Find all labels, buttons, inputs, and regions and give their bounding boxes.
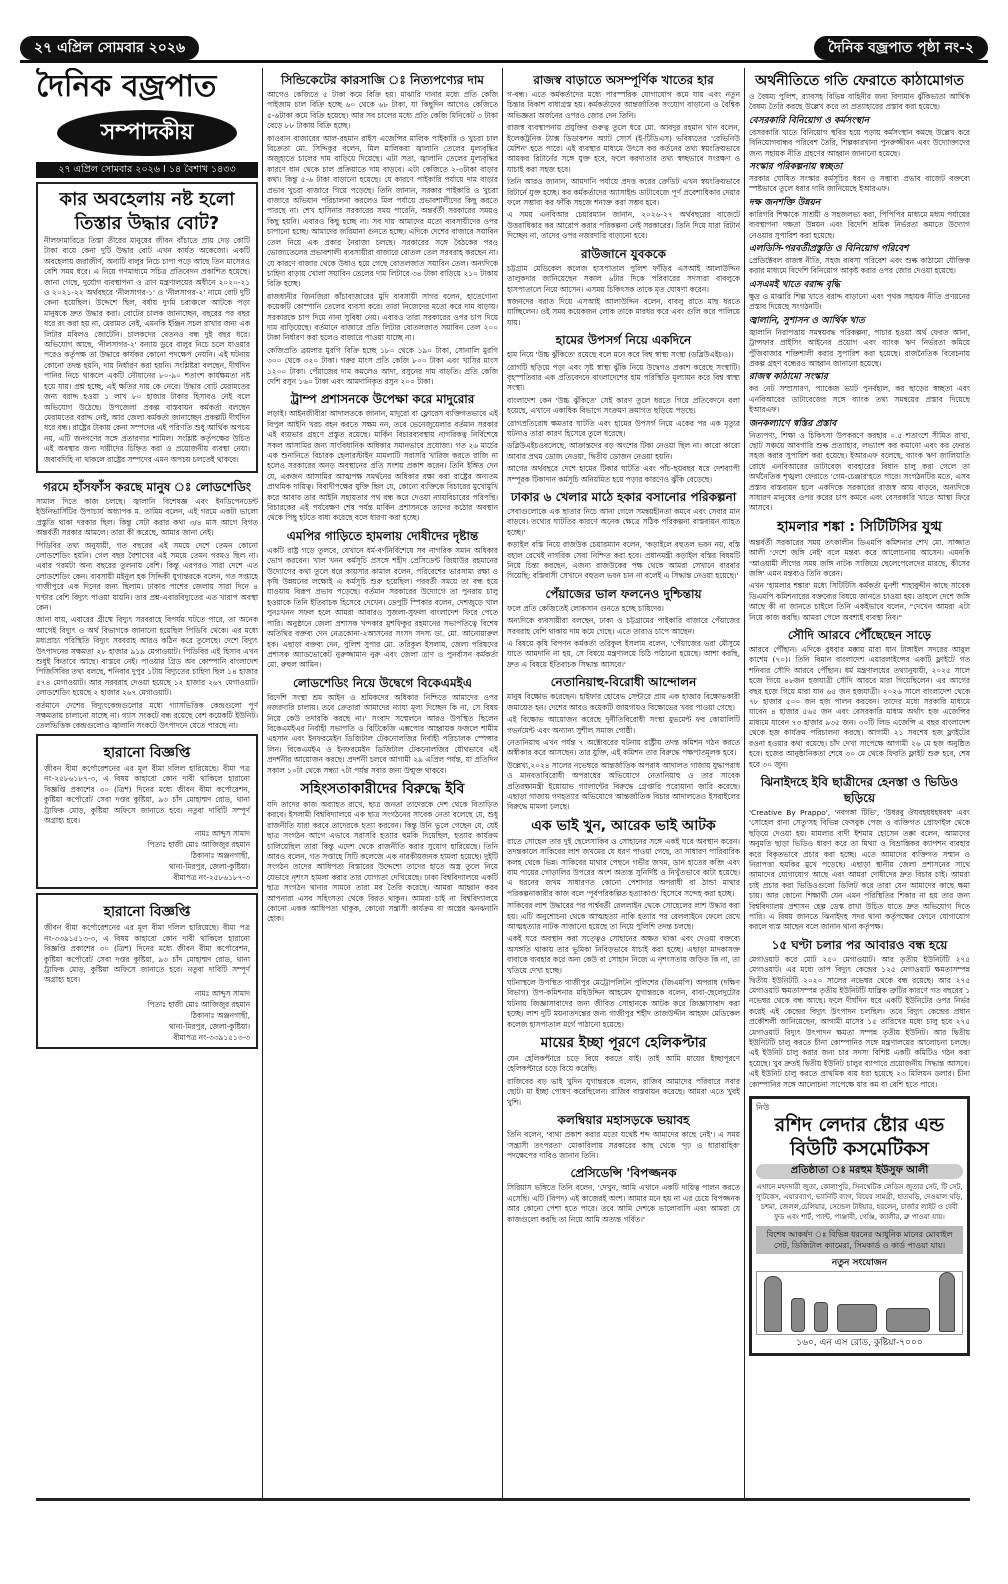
- sig-line: পিতাঃ হাজী মোঃ আজিজুর রহমান: [44, 999, 250, 1010]
- article-paragraph: বর্তমানে দেশের বিদ্যুৎকেন্দ্রগুলোর মধ্যে…: [36, 701, 258, 732]
- article-paragraph: কারিগরি শিক্ষাকে সাশ্রয়ী ও সহজলভ্য করা,…: [749, 210, 970, 241]
- article: ঝিনাইদহে ইবি ছাত্রীদের হেনস্তা ও ভিডিও ছ…: [749, 774, 970, 933]
- article-paragraph: আগেও কেজিতে ৫ টাকা কমে বিক্রি হয়। মাঝার…: [267, 90, 498, 132]
- article: সৌদি আরবে পৌঁছেছেন সাড়ে আরবে পৌঁছান। এদ…: [749, 627, 970, 770]
- article-paragraph: লড়াই। আইনজীবীরা আদালতকে জানান, মাদুরো ব…: [267, 409, 498, 523]
- sig-line: বীমাপত্র নং-৩৩৯১৫১৩-৩: [44, 1032, 250, 1043]
- notice-body: জীবন বীমা কর্পোরেশনের এর মূল বীমা দলিল হ…: [44, 764, 250, 826]
- sig-line: থানা-মিরপুর, জেলা-কুষ্টিয়া।: [44, 861, 250, 872]
- article: এমপির গাড়িতে হামলায় দোষীদের দৃষ্টান্ত …: [267, 528, 498, 671]
- mobile-phone-icon: [791, 1298, 805, 1332]
- ad-special: বিশেষ আকর্ষণ ঃ বিভিন্ন ধরনের আধুনিক মানে…: [756, 1226, 963, 1254]
- sig-line: ঠিকানাঃ অঞ্জনগাছী,: [44, 1010, 250, 1021]
- article-paragraph: বিদেশি সংস্থা শ্রম আইন ও শ্রমিকদের অধিকা…: [267, 693, 498, 776]
- article-loadshedding: গরমে হাঁসফাঁস করছে মানুষ ঃ লোডশেডিং সামা…: [36, 479, 258, 732]
- article-paragraph: পিডিবির তথ্য অনুযায়ী, গত বছরের এই সময়ে…: [36, 541, 258, 614]
- notice-title: হারানো বিজ্ঞপ্তি: [44, 903, 250, 921]
- article-headline: ঢাকার ৬ খেলার মাঠে হকার বসানোর পরিকল্পনা: [507, 489, 740, 505]
- article-paragraph: প্রেডিক্টেবল রাজস্ব নীতি, সহজ ব্যবসা পরি…: [749, 256, 970, 277]
- article-paragraph: স্বজনদের বরাত দিয়ে এসআই আলাউদ্দিন বলেন,…: [507, 297, 740, 328]
- person-figure-icon: [764, 1276, 782, 1332]
- camera-icon: [837, 1304, 877, 1332]
- article-paragraph: রোগটি ছড়িয়ে পড়া এবং সৃষ্ট স্বাস্থ্য ঝ…: [507, 363, 740, 394]
- article: পেঁয়াজের ভাল ফলনেও দুশ্চিন্তায় ফলে প্র…: [507, 586, 740, 670]
- article-paragraph: যদি তাদের কাজ অব্যাহত রাখে, ছাত্র জনতা ত…: [267, 800, 498, 925]
- article-paragraph: যেন হেলিকপ্টারে চড়ে বিয়ে করতে যাই। তাই…: [507, 1054, 740, 1075]
- article-paragraph: এ বিষয়ে কৃষি বিপণন কর্মকর্তা তরিকুল ইসল…: [507, 639, 740, 670]
- article-paragraph: বাংলাদেশ কেন 'উচ্চ ঝুঁকিতে' সেই কারণ তুল…: [507, 396, 740, 417]
- article-headline: রাজস্ব বাড়াতে অসম্পূর্ণিক খাতের হার: [507, 72, 740, 88]
- article-headline: ঝিনাইদহে ইবি ছাত্রীদের হেনস্তা ও ভিডিও ছ…: [749, 774, 970, 806]
- article-headline: এমপির গাড়িতে হামলায় দোষীদের দৃষ্টান্ত: [267, 528, 498, 544]
- article-paragraph: অন্যদিকে ব্যবসায়ীরা বলছেন, ঢাকা ও চট্টগ…: [507, 616, 740, 637]
- article-paragraph: ক্ষুদ্র ও মাঝারি শিল্প খাতে বরাদ্দ বাড়া…: [749, 292, 970, 313]
- article: ১৫ ঘণ্টা চলার পর আবারও বন্ধ হয়ে মেগাওয়…: [749, 937, 970, 1090]
- ad-new-addition: নতুন সংযোজন: [756, 1258, 963, 1268]
- ad-shop-name: রশিদ লেদার ষ্টোর এন্ড: [756, 1113, 963, 1137]
- article-paragraph: এ সময় এনবিআর চেয়ারম্যান জানান, ২০২৬-২৭…: [507, 210, 740, 241]
- article-paragraph: ফলে প্রতি কেজিতেই লোকসান গুনতে হচ্ছে চাষ…: [507, 604, 740, 614]
- article-paragraph: রাজিবের বড় ভাই খুদিন যুগান্তরকে বলেন, র…: [507, 1077, 740, 1108]
- article-paragraph: সিরিয়াস ভঙ্গিতে তিনি বলেন, 'দেখুন, আমি …: [507, 1183, 740, 1225]
- article-paragraph: নিত্যপণ্য, শিক্ষা ও চিকিৎসা উপকরণে করহার…: [749, 431, 970, 514]
- shop-advertisement: নিউ রশিদ লেদার ষ্টোর এন্ড বিউটি কসমেটিকস…: [749, 1096, 970, 1356]
- article-paragraph: মেগাওয়াট করে মোট ২৫০ মেগাওয়াট। আর তৃতী…: [749, 955, 970, 1090]
- article-paragraph: আগের অর্থবছরে দেশে হামের টিকার ঘাটতি এবং…: [507, 464, 740, 485]
- subhead: রাজস্ব কাঠামো সংস্কার: [749, 371, 970, 384]
- article: প্রেসিডেন্সি 'বিপজ্জনক সিরিয়াস ভঙ্গিতে …: [507, 1165, 740, 1225]
- sig-line: থানা-মিরপুর, জেলা-কুষ্টিয়া।: [44, 1021, 250, 1032]
- header-rule: [20, 60, 988, 63]
- page-number-pill: দৈনিক বজ্রপাত পৃষ্ঠা নং-২: [814, 36, 988, 60]
- article-headline: প্রেসিডেন্সি 'বিপজ্জনক: [507, 1165, 740, 1181]
- article-paragraph: জ্বালানি নিরাপত্তায় সমন্বয়বদ্ধ পরিকল্প…: [749, 328, 970, 370]
- subhead: সংস্কার পরিকল্পনায় স্বচ্ছতা: [749, 161, 970, 174]
- article-headline: মায়ের ইচ্ছা পূরণে হেলিকপ্টার: [507, 1034, 740, 1052]
- article: হামের উপসর্গ নিয়ে একদিনে হাম নিয়ে 'উচ্…: [507, 332, 740, 485]
- subhead: জনকল্যাণে স্বস্তির প্রস্তাব: [749, 418, 970, 431]
- article-headline: ১৫ ঘণ্টা চলার পর আবারও বন্ধ হয়ে: [749, 937, 970, 953]
- article-paragraph: রাতে সোহেল তার দুই ছেলেসাকিব ও সোহানের স…: [507, 837, 740, 899]
- article: রাজস্ব বাড়াতে অসম্পূর্ণিক খাতের হার গ-ব…: [507, 72, 740, 242]
- article-paragraph: তিনি বলেন, 'ব্যথা প্রকাশ করার মতো যথেষ্ট…: [507, 1130, 740, 1161]
- article-paragraph: সামাল দিতে কাজ চলছে। জ্বালানি বিশেষজ্ঞ এ…: [36, 497, 258, 539]
- camcorder-icon: [886, 1308, 930, 1332]
- article-paragraph: তিনি আরও জানান, আমদানি পর্যায়ে প্রদত্ত …: [507, 177, 740, 208]
- article-paragraph: এখন 'হামলার শঙ্কার' মধ্যে সিটিটিসি কর্মক…: [749, 581, 970, 623]
- column-2: সিন্ডিকেটের কারসাজি ঃ নিত্যপণ্যের দাম আগ…: [262, 68, 498, 1498]
- article-paragraph: সেবাগুলোকে এক ছাতার নিচে আনা গেলে সমন্বয…: [507, 507, 740, 538]
- subhead: এলডিসি-পরবর্তীপ্রস্তুতি ও বিনিয়োগ পরিবে…: [749, 243, 970, 256]
- article-headline: অর্থনীতিতে গতি ফেরাতে কাঠামোগত: [749, 72, 970, 90]
- article-paragraph: কড়াইল বস্তি নিয়ে রাজউক চেয়ারম্যান বলে…: [507, 540, 740, 582]
- article-paragraph: অন্তর্বর্তী সরকারের সময় তৎকালীন ডিএমপি …: [749, 538, 970, 580]
- article: অর্থনীতিতে গতি ফেরাতে কাঠামোগত ও বৈষম্য …: [749, 72, 970, 514]
- column-4: অর্থনীতিতে গতি ফেরাতে কাঠামোগত ও বৈষম্য …: [744, 68, 970, 1498]
- notice-signature: নামঃ আব্দুস সামাদ পিতাঃ হাজী মোঃ আজিজুর …: [44, 988, 250, 1043]
- subhead: বেসরকারি বিনিয়োগ ও কর্মসংস্থান: [749, 115, 970, 128]
- ad-items: এখানে মহদদারী জুতা, কোলাপুরি, সিনথেটিক ল…: [756, 1182, 963, 1222]
- dateline-band: ২৭ এপ্রিল সোমবার ২০২৬ I ১৪ বৈশাখ ১৪৩৩: [36, 162, 258, 178]
- article-paragraph: 'Creative By Prappo', 'নবগঙ্গা টিভি', 'উ…: [749, 808, 970, 933]
- article-paragraph: সরকার ঘোষিত সংস্কার কর্মসূচির ধরন ও সম্ভ…: [749, 174, 970, 195]
- article: ঢাকার ৬ খেলার মাঠে হকার বসানোর পরিকল্পনা…: [507, 489, 740, 582]
- ad-shop-name-2: বিউটি কসমেটিকস: [756, 1137, 963, 1161]
- article-paragraph: কর নেট সম্প্রসারণ, প্যাকেজ ভ্যাট পুনর্বহ…: [749, 384, 970, 415]
- article-paragraph: উল্লেখ্য,২০২৪ সালের নভেম্বরে আন্তর্জাতিক…: [507, 761, 740, 813]
- article-headline: গরমে হাঁসফাঁস করছে মানুষ ঃ লোডশেডিং: [36, 479, 258, 495]
- article-paragraph: নেতানিয়াহু এখন পর্যন্ত ৭ অক্টোবরের ঘটনা…: [507, 738, 740, 759]
- article: এক ভাই খুন, আরেক ভাই আটক রাতে সোহেল তার …: [507, 817, 740, 1030]
- article-paragraph: একটি রাষ্ট্র গড়ে তুলবে, যেখানে ধর্ম-বর্…: [267, 546, 498, 671]
- article-headline: পেঁয়াজের ভাল ফলনেও দুশ্চিন্তায়: [507, 586, 740, 602]
- article-paragraph: মানুষ বিক্ষোভ করেছেন। হাইফার হোরেভ সেন্ট…: [507, 692, 740, 713]
- article-paragraph: বেসরকারি খাতে বিনিয়োগ স্থবির হয়ে পড়ায…: [749, 128, 970, 159]
- article-headline: ট্রাম্প প্রশাসনকে উপেক্ষা করে মাদুরোর: [267, 391, 498, 407]
- article: মায়ের ইচ্ছা পূরণে হেলিকপ্টার যেন হেলিকপ…: [507, 1034, 740, 1108]
- page-bottom-rule: [36, 1498, 970, 1501]
- date-pill: ২৭ এপ্রিল সোমবার ২০২৬: [20, 36, 199, 60]
- article-headline: সিন্ডিকেটের কারসাজি ঃ নিত্যপণ্যের দাম: [267, 72, 498, 88]
- article-headline: কলম্বিয়ার মহাসড়কে ভয়াবহ: [507, 1112, 740, 1128]
- lost-notice: হারানো বিজ্ঞপ্তি জীবন বীমা কর্পোরেশনের এ…: [36, 734, 258, 889]
- article: ট্রাম্প প্রশাসনকে উপেক্ষা করে মাদুরোর লড…: [267, 391, 498, 523]
- editorial-title: কার অবহেলায় নষ্ট হলো তিস্তার উদ্ধার বোট…: [44, 188, 250, 236]
- notice-body: জীবন বীমা কর্পোরেশনের এর মূল বীমা দলিল হ…: [44, 923, 250, 985]
- article: নেতানিয়াহু-বিরোধী আন্দোলন মানুষ বিক্ষোভ…: [507, 674, 740, 812]
- article: কলম্বিয়ার মহাসড়কে ভয়াবহ তিনি বলেন, 'ব…: [507, 1112, 740, 1161]
- sig-line: বীমাপত্র নং-২৫৮৬১৮৭-৩: [44, 872, 250, 883]
- article-paragraph: ও বৈষম্য পুলিশ, র‍্যাবসহ বিভিন্ন বাহিনীর…: [749, 92, 970, 113]
- article-headline: সৌদি আরবে পৌঁছেছেন সাড়ে: [749, 627, 970, 643]
- sig-line: নামঃ আব্দুস সামাদ: [44, 828, 250, 839]
- article-paragraph: গ-বন্ধ। এতে কর্মকর্তাদের মধ্যে পারস্পরিক…: [507, 90, 740, 121]
- article-paragraph: হাম নিয়ে 'উচ্চ ঝুঁকিতে' রয়েছে বলে মনে …: [507, 350, 740, 360]
- article-paragraph: রোগপ্রতিরোধ ক্ষমতার ঘাটতি এবং হামের উপসর…: [507, 419, 740, 440]
- sig-line: পিতাঃ হাজী মোঃ আজিজুর রহমান: [44, 839, 250, 850]
- article-headline: হামলার শঙ্কা : সিটিটিসির যুগ্ম: [749, 518, 970, 536]
- notice-signature: নামঃ আব্দুস সামাদ পিতাঃ হাজী মোঃ আজিজুর …: [44, 828, 250, 883]
- article-paragraph: রাজধানীর জিনজিরা কাঁচাবাজারের মুদি ব্যবস…: [267, 292, 498, 344]
- editorial-body: নীলফামারিতে তিস্তা তীরের মানুষের জীবন বা…: [44, 236, 250, 465]
- column-3: রাজস্ব বাড়াতে অসম্পূর্ণিক খাতের হার গ-ব…: [502, 68, 740, 1498]
- sig-line: নামঃ আব্দুস সামাদ: [44, 988, 250, 999]
- ad-product-images: [756, 1271, 963, 1335]
- article: লোডশেডিং নিয়ে উদ্বেগে বিকেএমইএ বিদেশি স…: [267, 675, 498, 776]
- article: সিন্ডিকেটের কারসাজি ঃ নিত্যপণ্যের দাম আগ…: [267, 72, 498, 387]
- notice-title: হারানো বিজ্ঞপ্তি: [44, 744, 250, 762]
- lost-notice: হারানো বিজ্ঞপ্তি জীবন বীমা কর্পোরেশনের এ…: [36, 893, 258, 1048]
- article-paragraph: জানা যায়, এবারের গ্রীষ্মে বিদ্যুৎ সরবরা…: [36, 615, 258, 698]
- article-paragraph: আরবে পৌঁছান। এদিকে বুধবার মক্কায় মারা য…: [749, 645, 970, 770]
- article-paragraph: ঘটনাস্থলে উপস্থিত গাজীপুর মেট্রোপলিটন পু…: [507, 978, 740, 1030]
- article: হামলার শঙ্কা : সিটিটিসির যুগ্ম অন্তর্বর্…: [749, 518, 970, 623]
- article-paragraph: রাজস্ব ব্যবস্থাপনায় প্রযুক্তির গুরুত্ব …: [507, 123, 740, 175]
- subhead: এসএমই খাতে বরাদ্দ বৃদ্ধি: [749, 279, 970, 292]
- article-headline: নেতানিয়াহু-বিরোধী আন্দোলন: [507, 674, 740, 690]
- editorial-box: কার অবহেলায় নষ্ট হলো তিস্তার উদ্ধার বোট…: [36, 182, 258, 473]
- article-paragraph: এই বিক্ষোভ আয়োজন করেছে দুর্নীতিবিরোধী স…: [507, 715, 740, 736]
- article-paragraph: কেজিপ্রতি ব্রয়লার মুরগি বিক্রি হচ্ছে ১৮…: [267, 346, 498, 388]
- article-headline: এক ভাই খুন, আরেক ভাই আটক: [507, 817, 740, 835]
- sig-line: ঠিকানাঃ অঞ্জনগাছী,: [44, 850, 250, 861]
- ad-founder: প্রতিষ্ঠাতা ঃ মরহুম ইউসুফ আলী: [756, 1164, 963, 1178]
- article-paragraph: সাকিবের লাশ উদ্ধারের পর পার্শ্ববর্তী রেল…: [507, 901, 740, 932]
- article-headline: লোডশেডিং নিয়ে উদ্বেগে বিকেএমইএ: [267, 675, 498, 691]
- section-oval: সম্পাদকীয়: [57, 110, 237, 156]
- article-paragraph: কাওরান বাজারের আল-রহমান রাইস এজেন্সির মা…: [267, 134, 498, 290]
- article-paragraph: ডব্লিউএইচওবলেছে, আক্রান্তদের বড় অংশের ট…: [507, 441, 740, 462]
- mobile-phone-icon: [814, 1302, 828, 1332]
- article-headline: সহিংসতাকারীদের বিরুদ্ধে ইবি: [267, 780, 498, 798]
- subhead: জ্বালানি, সুশাসন ও আর্থিক খাত: [749, 315, 970, 328]
- ad-tag: নিউ: [756, 1103, 963, 1113]
- masthead-title: দৈনিক বজ্রপাত: [36, 68, 258, 106]
- article-headline: হামের উপসর্গ নিয়ে একদিনে: [507, 332, 740, 348]
- article: সহিংসতাকারীদের বিরুদ্ধে ইবি যদি তাদের কা…: [267, 780, 498, 925]
- page-header: ২৭ এপ্রিল সোমবার ২০২৬ দৈনিক বজ্রপাত পৃষ্…: [20, 36, 988, 64]
- person-figure-icon: [939, 1272, 955, 1332]
- column-1: দৈনিক বজ্রপাত সম্পাদকীয় ২৭ এপ্রিল সোমবা…: [36, 68, 258, 1498]
- article-paragraph: চট্টগ্রাম মেডিকেল কলেজ হাসপাতাল পুলিশ ফা…: [507, 264, 740, 295]
- article-headline: রাউজানে যুবককে: [507, 246, 740, 262]
- article: রাউজানে যুবককে চট্টগ্রাম মেডিকেল কলেজ হা…: [507, 246, 740, 328]
- ad-address: ১৬০, এন এস রোড, কুষ্টিয়া-৭০০০: [756, 1338, 963, 1348]
- subhead: দক্ষ জনশক্তি উন্নয়ন: [749, 197, 970, 210]
- article-paragraph: একই ঘরে অবস্থান করা সত্ত্বেও সোহানের অক্…: [507, 934, 740, 976]
